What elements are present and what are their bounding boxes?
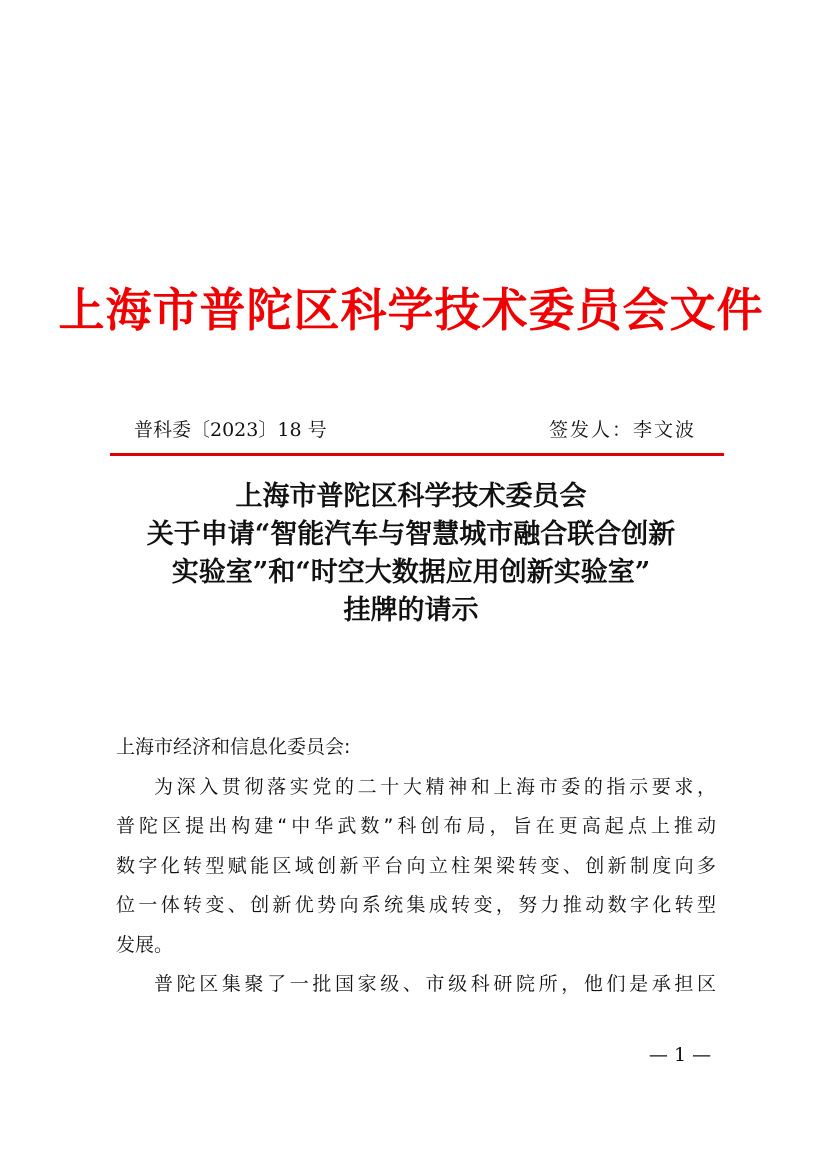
title-line-1: 上海市普陀区科学技术委员会 — [100, 478, 722, 516]
document-meta-line: 普科委〔2023〕18 号 签发人：李文波 — [110, 413, 724, 447]
title-line-4: 挂牌的请示 — [100, 592, 722, 630]
title-line-2: 关于申请“智能汽车与智慧城市融合联合创新 — [100, 516, 722, 554]
paragraph-1-line-4: 位一体转变、创新优势向系统集成转变，努力推动数字化转型 — [116, 886, 716, 926]
masthead-title: 上海市普陀区科学技术委员会文件 — [0, 278, 822, 342]
addressee: 上海市经济和信息化委员会: — [116, 728, 716, 768]
paragraph-1-line-2: 普陀区提出构建“中华武数”科创布局，旨在更高起点上推动 — [116, 807, 716, 847]
document-body: 上海市经济和信息化委员会: 为深入贯彻落实党的二十大精神和上海市委的指示要求， … — [116, 728, 716, 1005]
document-number: 普科委〔2023〕18 号 — [134, 413, 327, 447]
title-line-3: 实验室”和“时空大数据应用创新实验室” — [100, 554, 722, 592]
signer-label: 签发人： — [549, 419, 633, 441]
paragraph-1-line-3: 数字化转型赋能区域创新平台向立柱架梁转变、创新制度向多 — [116, 847, 716, 887]
red-divider-rule — [110, 453, 724, 456]
signer-name: 李文波 — [633, 419, 696, 441]
paragraph-1-line-5: 发展。 — [116, 926, 716, 966]
page-number: — 1 — — [640, 1044, 720, 1066]
paragraph-2-line-1: 普陀区集聚了一批国家级、市级科研院所，他们是承担区 — [116, 965, 716, 1005]
document-page: 上海市普陀区科学技术委员会文件 普科委〔2023〕18 号 签发人：李文波 上海… — [0, 0, 822, 1165]
document-title: 上海市普陀区科学技术委员会 关于申请“智能汽车与智慧城市融合联合创新 实验室”和… — [100, 478, 722, 630]
signer: 签发人：李文波 — [549, 413, 696, 447]
paragraph-1-line-1: 为深入贯彻落实党的二十大精神和上海市委的指示要求， — [116, 768, 716, 808]
